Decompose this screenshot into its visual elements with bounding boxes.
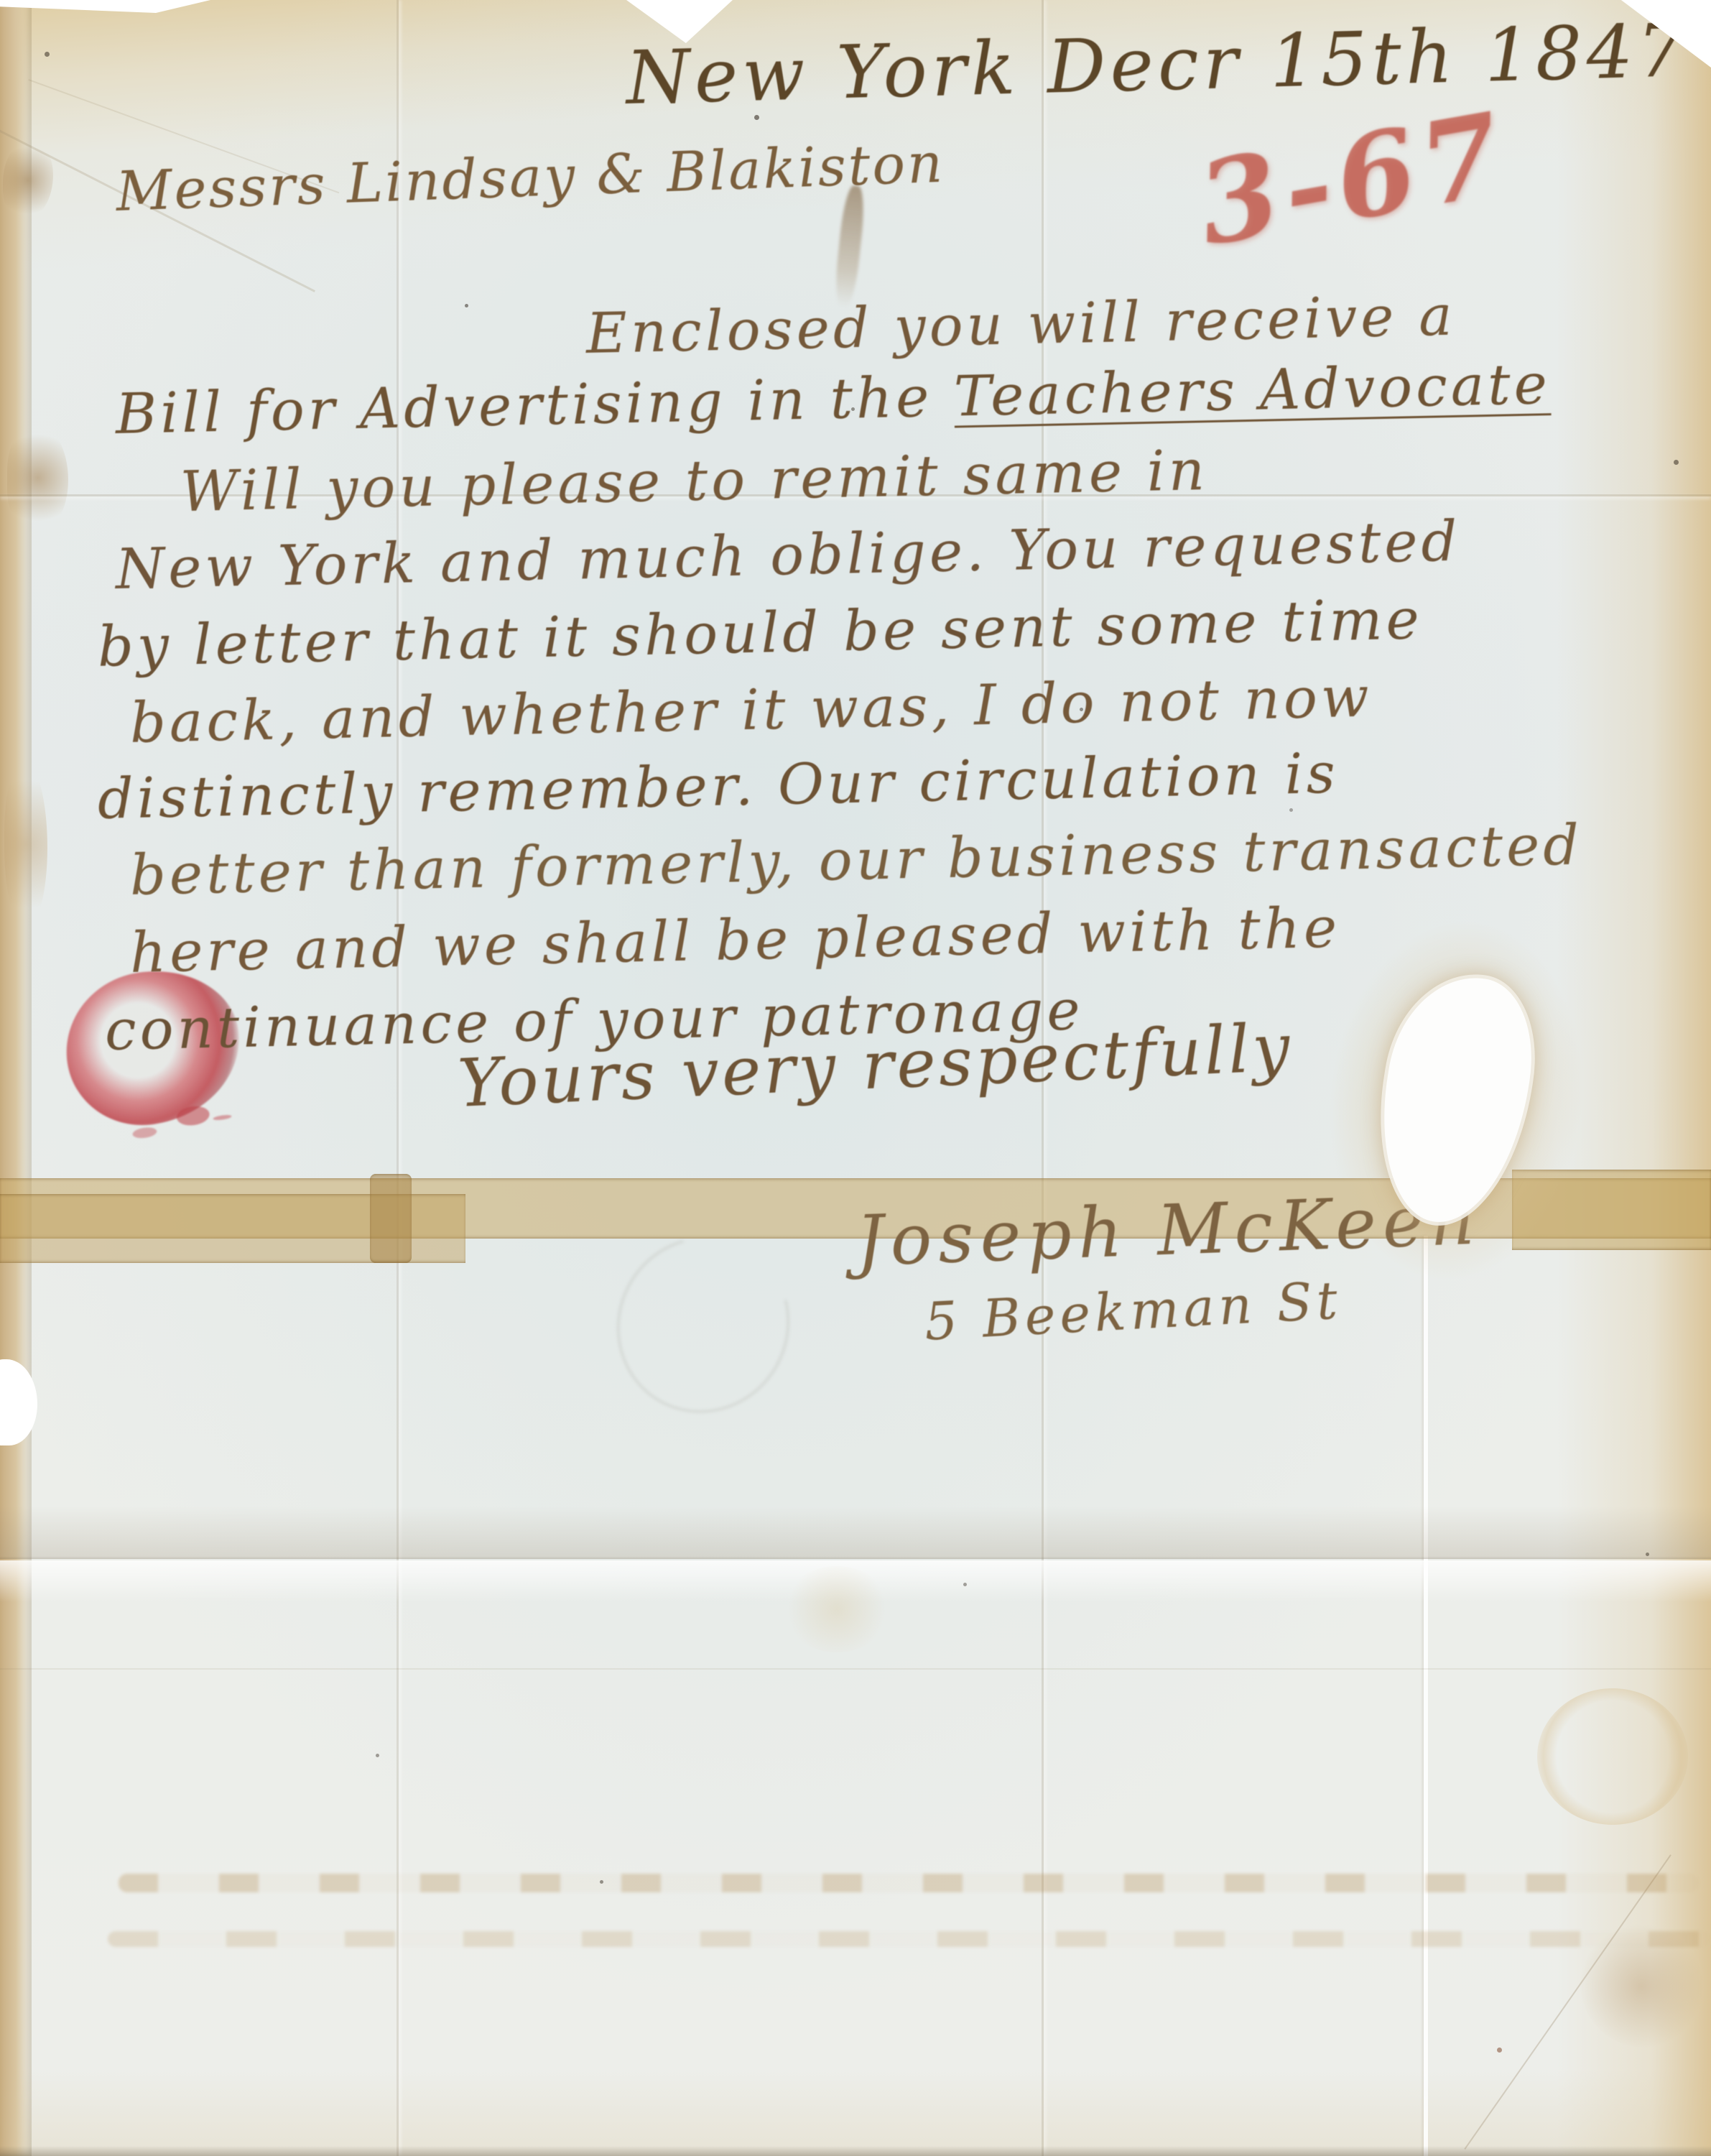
vertical-fold-crease [1424,1236,1428,2156]
body-line-1: Enclosed you will receive a [585,284,1457,366]
tape-overlap-tab [370,1174,412,1263]
dateline: New York Decr 15th 1847 [625,8,1689,121]
edge-stain [4,762,47,927]
periodical-title: Teachers Advocate [953,352,1552,429]
vertical-fold-crease [397,0,399,2156]
tape-bleedthrough-stain [108,1931,1710,1947]
addressee-line: Messrs Lindsay & Blakiston [115,131,945,223]
tape-bleedthrough-stain [119,1874,1699,1892]
body-line-2-text: Bill for Advertising in the [115,365,933,447]
body-line-8: better than formerly, our business trans… [129,813,1583,908]
top-edge-tear [0,0,223,13]
horizontal-fold-crease [0,1506,1711,1559]
red-crayon-docket-mark: 3-67 [1189,87,1517,272]
body-line-7: distinctly remember. Our circulation is [97,741,1340,832]
stain [783,1566,891,1652]
left-edge-tear [0,1359,37,1445]
body-line-9: here and we shall be pleased with the [129,896,1341,986]
signature-address: 5 Beekman St [923,1270,1343,1352]
edge-stain [7,424,68,532]
ink-smear [833,185,867,308]
pencil-ghost-mark [585,1205,822,1445]
body-line-3: Will you please to remit same in [180,438,1209,524]
body-line-6: back, and whether it was, I do not now [129,665,1373,756]
body-line-2: Bill for Advertising in the Teachers Adv… [115,352,1552,447]
letter-scan: New York Decr 15th 1847 Messrs Lindsay &… [0,0,1711,2156]
body-line-5: by letter that it should be sent some ti… [97,587,1424,680]
horizontal-fold-crease [0,1668,1711,1670]
deckle-left-edge [0,0,32,2156]
ring-stain [1537,1688,1688,1825]
scan-edge-shadow [0,2146,1711,2156]
body-line-4: New York and much oblige. You requested [115,509,1461,602]
